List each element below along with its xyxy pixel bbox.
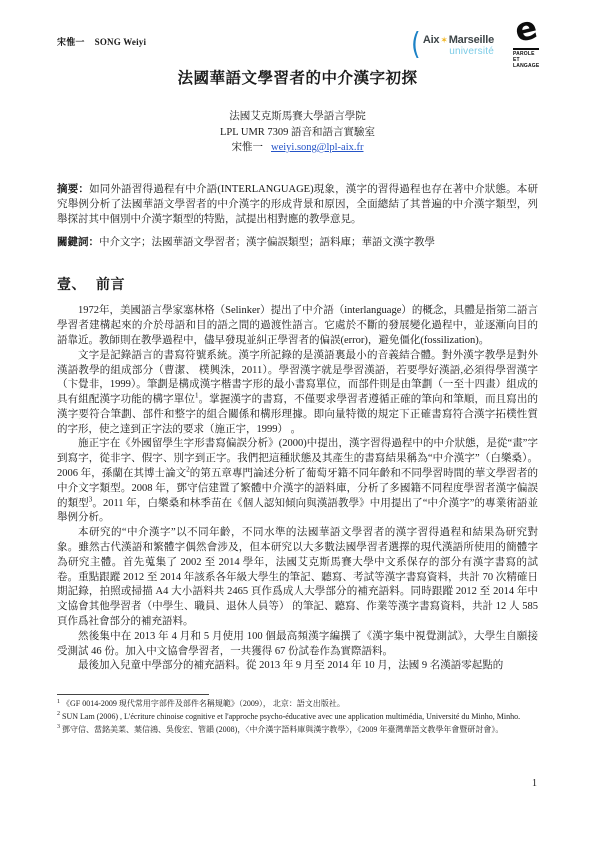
document-page: 宋惟一SONG Weiyi ( Aix✶Marseille université… xyxy=(0,0,595,842)
keywords: 關鍵詞：中介文字；法國華語文學習者；漢字偏誤類型；語料庫；華語文漢字教學 xyxy=(57,235,538,250)
keywords-text: 中介文字；法國華語文學習者；漢字偏誤類型；語料庫；華語文漢字教學 xyxy=(99,237,435,248)
footnote-3: 3鄧守信、當銘美菜、葉信鴻、吳俊宏、管韻 (2008)，〈中介漢字語料庫與漢字教… xyxy=(57,725,538,736)
paragraph-2: 文字是記錄語言的書寫符號系統。漢字所記錄的是漢語裏最小的音義結合體。對外漢字教學… xyxy=(57,349,538,438)
footnote-2: 2SUN Lam (2006) , L'écriture chinoise co… xyxy=(57,712,538,723)
content-column: 法國華語文學習者的中介漢字初探 法國艾克斯馬賽大學語言學院 LPL UMR 73… xyxy=(57,0,538,738)
author-name: 宋惟一 xyxy=(232,142,264,153)
paragraph-text: 然後集中在 2013 年 4 月和 5 月使用 100 個最高頻漢字編撰了《漢字… xyxy=(57,631,538,657)
affiliation-line-2: LPL UMR 7309 語音和語言實驗室 xyxy=(57,125,538,141)
section-title: 前言 xyxy=(96,278,125,293)
author-block: 法國艾克斯馬賽大學語言學院 LPL UMR 7309 語音和語言實驗室 宋惟一w… xyxy=(57,109,538,156)
footnote-text: 《GF 0014-2009 現代常用字部件及部件名稱規範》（2009）， 北京：… xyxy=(62,699,345,708)
footnote-1: 1《GF 0014-2009 現代常用字部件及部件名稱規範》（2009）， 北京… xyxy=(57,699,538,710)
footnote-marker: 2 xyxy=(57,711,60,717)
section-heading-intro: 壹、前言 xyxy=(57,274,538,294)
paragraph-6: 最後加入兒童中學部分的補充語料。從 2013 年 9 月至 2014 年 10 … xyxy=(57,659,538,674)
abstract-label: 摘要： xyxy=(57,184,89,195)
footnote-marker: 3 xyxy=(57,724,60,730)
footnote-separator xyxy=(57,694,209,695)
paragraph-5: 然後集中在 2013 年 4 月和 5 月使用 100 個最高頻漢字編撰了《漢字… xyxy=(57,630,538,660)
abstract-text: 如同外語習得過程有中介語(INTERLANGUAGE)現象，漢字的習得過程也存在… xyxy=(57,184,538,225)
paper-title: 法國華語文學習者的中介漢字初探 xyxy=(57,66,538,88)
author-line: 宋惟一weiyi.song@lpl-aix.fr xyxy=(57,140,538,156)
footnote-text: 鄧守信、當銘美菜、葉信鴻、吳俊宏、管韻 (2008)，〈中介漢字語料庫與漢字教學… xyxy=(62,725,503,734)
abstract: 摘要：如同外語習得過程有中介語(INTERLANGUAGE)現象，漢字的習得過程… xyxy=(57,182,538,228)
page-number: 1 xyxy=(532,778,537,789)
paragraph-text: 最後加入兒童中學部分的補充語料。從 2013 年 9 月至 2014 年 10 … xyxy=(78,660,503,671)
paragraph-4: 本研究的“中介漢字”以不同年齡，不同水準的法國華語文學習者的漢字習得過程和結果為… xyxy=(57,526,538,630)
affiliation-line-1: 法國艾克斯馬賽大學語言學院 xyxy=(57,109,538,125)
paragraph-text: 。2011 年，白樂桑和林季苗在《個人認知傾向與漢語教學》中用提出了“中介漢字”… xyxy=(57,498,538,524)
section-number: 壹、 xyxy=(57,278,86,293)
author-email-link[interactable]: weiyi.song@lpl-aix.fr xyxy=(271,142,364,153)
paragraph-3: 施正宇在《外國留學生字形書寫偏誤分析》(2000)中提出，漢字習得過程中的中介狀… xyxy=(57,437,538,526)
footnote-text: SUN Lam (2006) , L'écriture chinoise cog… xyxy=(62,712,520,721)
paragraph-text: 本研究的“中介漢字”以不同年齡，不同水準的法國華語文學習者的漢字習得過程和結果為… xyxy=(57,527,538,627)
paragraph-1: 1972年，美國語言學家塞林格（Selinker）提出了中介語（interlan… xyxy=(57,304,538,348)
footnote-marker: 1 xyxy=(57,699,60,705)
paragraph-text: 1972年，美國語言學家塞林格（Selinker）提出了中介語（interlan… xyxy=(57,305,538,346)
footnotes: 1《GF 0014-2009 現代常用字部件及部件名稱規範》（2009）， 北京… xyxy=(57,699,538,735)
keywords-label: 關鍵詞： xyxy=(57,237,99,248)
